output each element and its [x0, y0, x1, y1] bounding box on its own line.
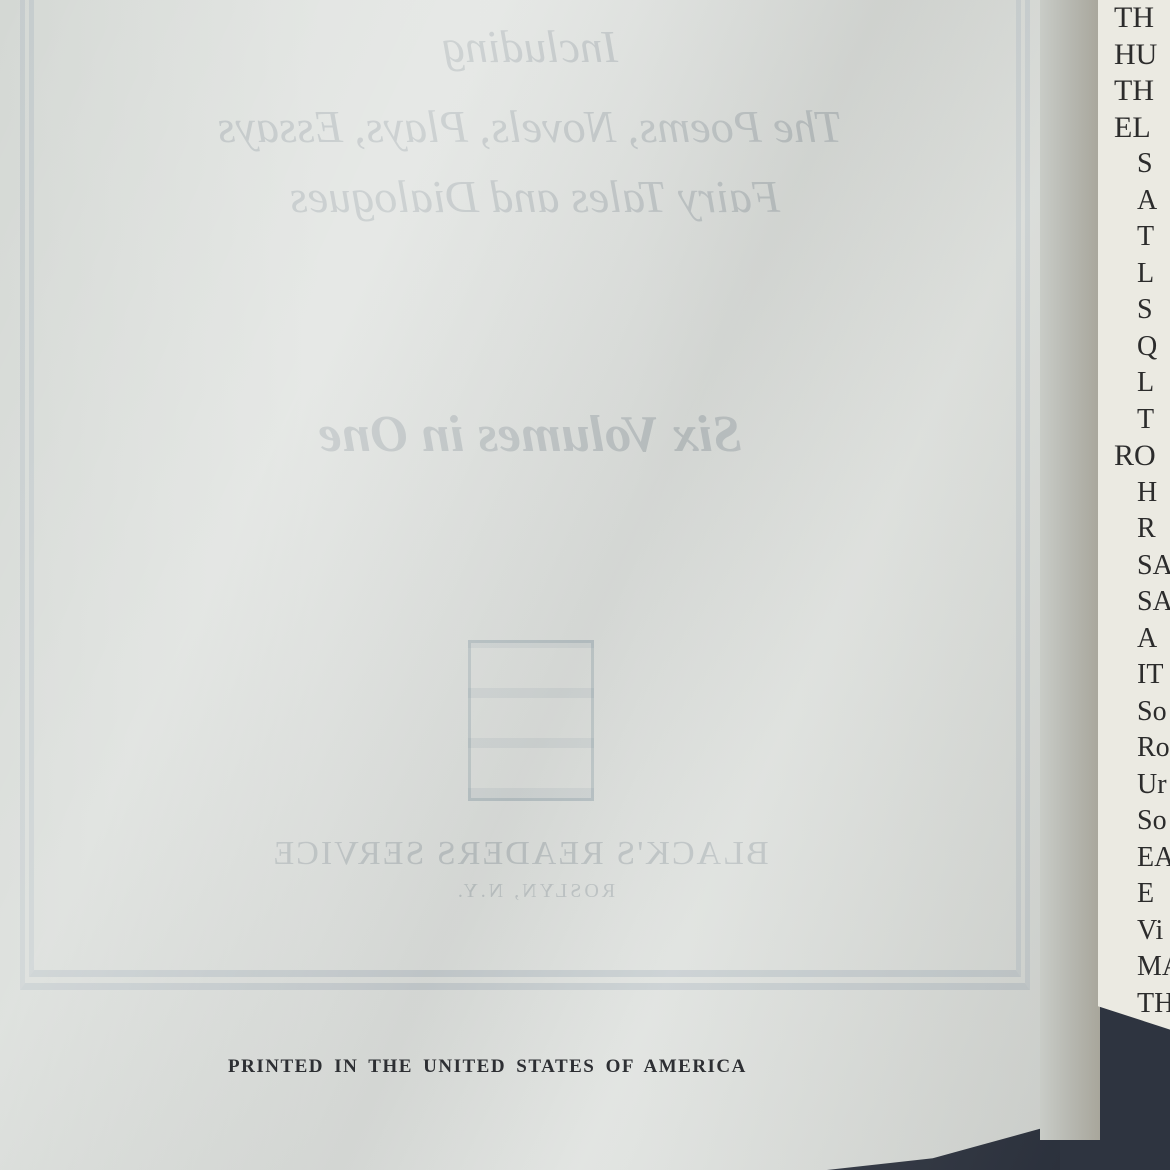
toc-entry: MA	[1112, 949, 1170, 986]
toc-entry: S	[1112, 292, 1170, 329]
toc-entry: Ro	[1112, 730, 1170, 767]
printed-in-imprint: PRINTED IN THE UNITED STATES OF AMERICA	[228, 1056, 818, 1078]
bleed-through-line-2: The Poems, Novels, Plays, Essays	[160, 100, 900, 153]
toc-entry: L	[1112, 256, 1170, 293]
toc-entry: SA	[1112, 548, 1170, 585]
toc-entry: Vi	[1112, 913, 1170, 950]
toc-entry: R	[1112, 511, 1170, 548]
toc-entry: S	[1112, 146, 1170, 183]
toc-entry: H	[1112, 475, 1170, 512]
bleed-through-volumes: Six Volumes in One	[270, 405, 790, 464]
bleed-through-place: ROSLYN, N.Y.	[390, 880, 680, 903]
toc-entry: RO	[1112, 438, 1170, 475]
toc-entry: SA	[1112, 584, 1170, 621]
toc-entry: T	[1112, 219, 1170, 256]
toc-entry: Ur	[1112, 767, 1170, 804]
toc-entry: EL	[1112, 110, 1170, 147]
bleed-through-line-3: Fairy Tales and Dialogues	[250, 170, 820, 223]
toc-entry: A	[1112, 621, 1170, 658]
toc-entry: TH	[1112, 73, 1170, 110]
table-of-contents-fragment: THHUTHELSATLSQLTROHRSASAAITSoRoUrSoEAEVi…	[1112, 0, 1170, 1022]
toc-entry: Q	[1112, 329, 1170, 366]
toc-entry: IT	[1112, 657, 1170, 694]
toc-entry: T	[1112, 402, 1170, 439]
toc-entry: So	[1112, 803, 1170, 840]
toc-entry: L	[1112, 365, 1170, 402]
toc-entry: HU	[1112, 37, 1170, 74]
toc-entry: TH	[1112, 986, 1170, 1023]
toc-entry: So	[1112, 694, 1170, 731]
toc-entry: A	[1112, 183, 1170, 220]
bleed-through-publisher: BLACK'S READERS SERVICE	[240, 835, 800, 873]
toc-entry: TH	[1112, 0, 1170, 37]
publisher-logo-icon	[468, 640, 594, 801]
toc-entry: EA	[1112, 840, 1170, 877]
toc-entry: E	[1112, 876, 1170, 913]
book-gutter	[1040, 0, 1100, 1140]
bleed-through-line-1: Including	[400, 20, 660, 73]
